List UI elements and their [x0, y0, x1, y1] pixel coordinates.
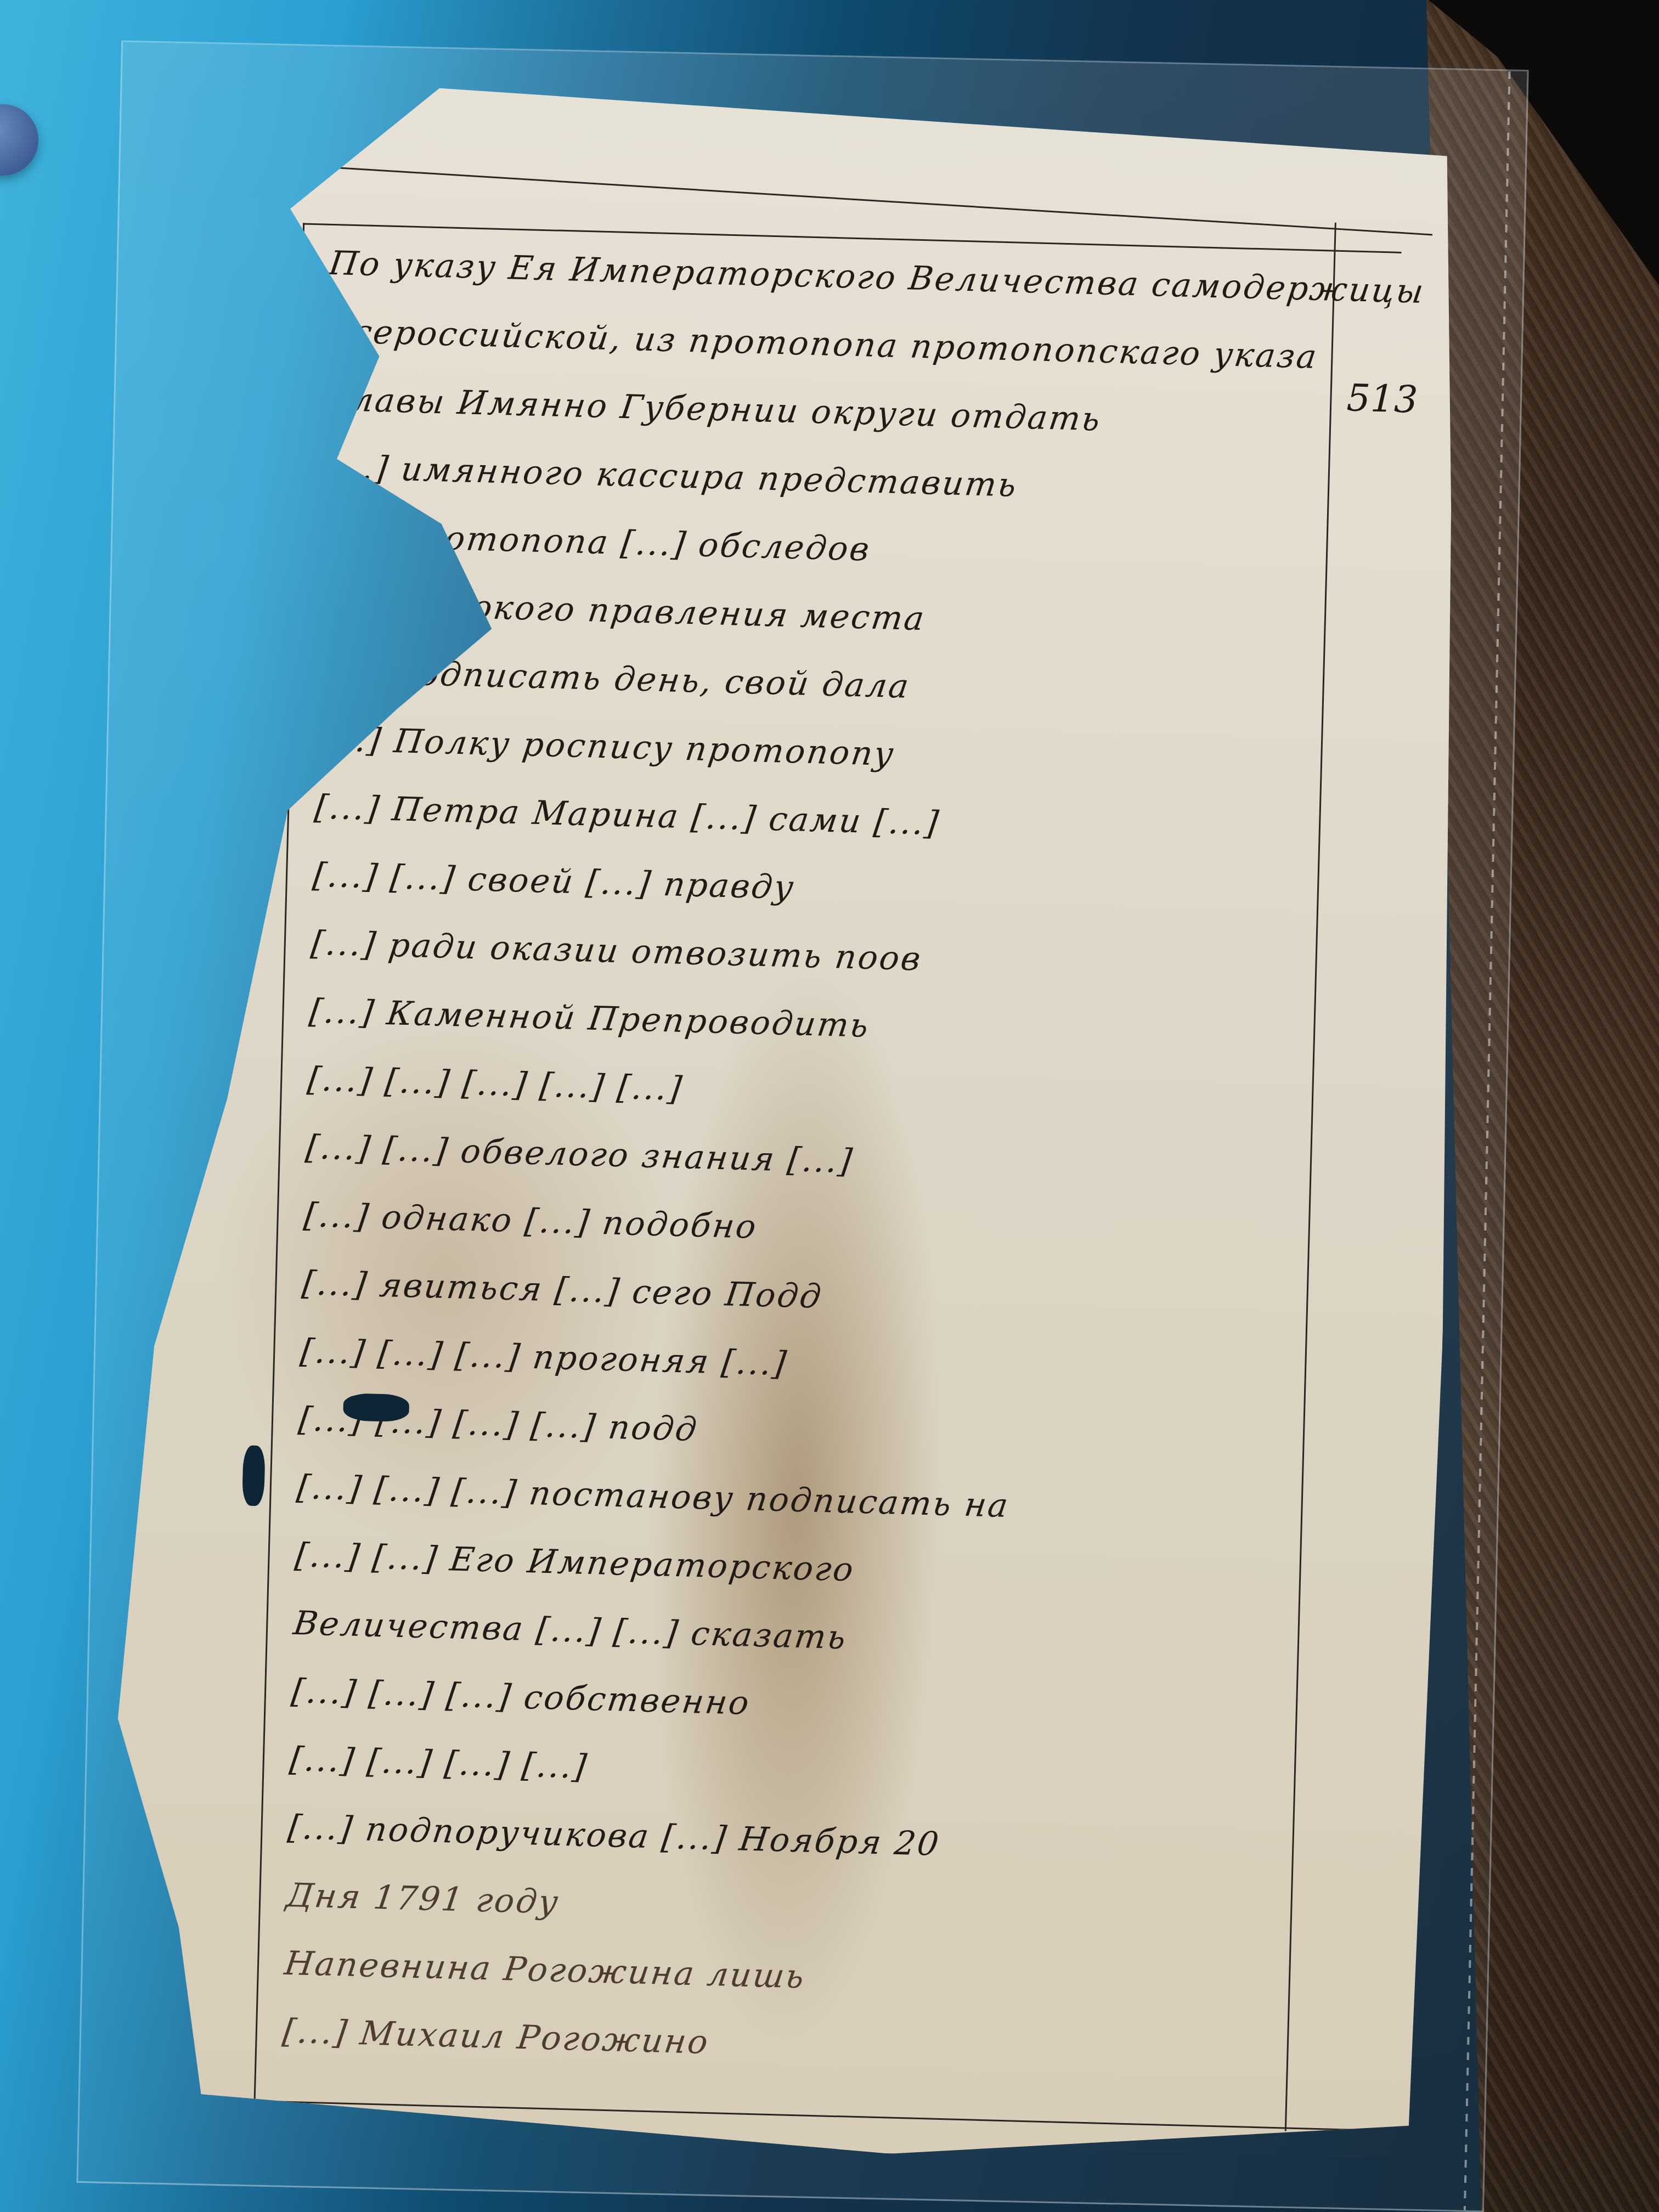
folder-snap-button — [0, 104, 38, 176]
handwritten-text-block: По указу Ея Императорского Величества са… — [282, 229, 1361, 2092]
paper-damage-hole — [343, 1393, 409, 1422]
ruled-top-line — [239, 161, 1432, 235]
paper-damage-hole — [242, 1445, 266, 1506]
